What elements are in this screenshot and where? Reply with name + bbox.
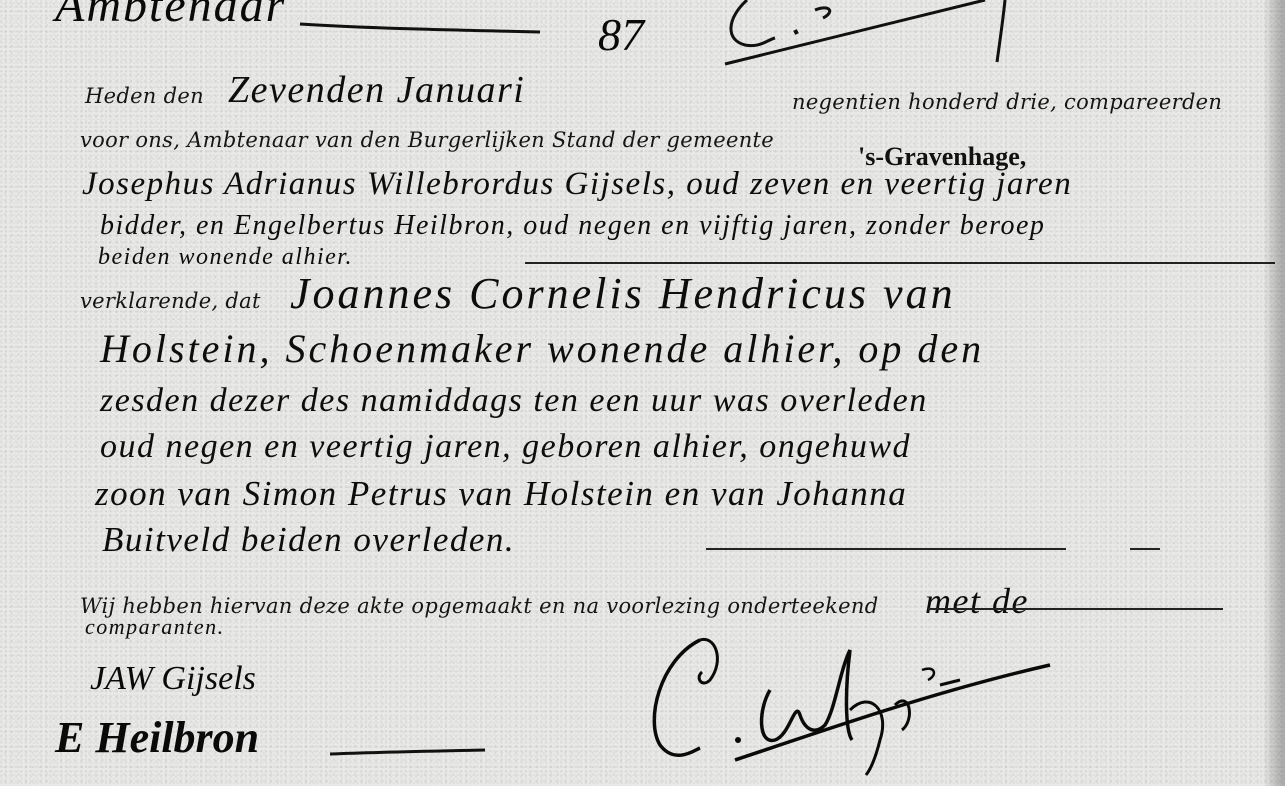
- handwritten-witness-2: bidder, en Engelbertus Heilbron, oud neg…: [100, 210, 1045, 242]
- signature-witness-2: E Heilbron: [55, 712, 259, 763]
- handwritten-death-time: zesden dezer des namiddags ten een uur w…: [100, 382, 928, 420]
- signature-official: [640, 630, 1060, 770]
- top-left-signature-fragment: Ambtenaar: [55, 0, 286, 33]
- fill-line: [706, 548, 1066, 550]
- top-left-flourish: [300, 20, 560, 40]
- witness-2-underline: [330, 748, 490, 758]
- record-number: 87: [598, 8, 644, 61]
- handwritten-met-de: met de: [925, 580, 1029, 622]
- handwritten-deceased-occupation: Holstein, Schoenmaker wonende alhier, op…: [100, 325, 984, 372]
- handwritten-deceased-name: Joannes Cornelis Hendricus van: [290, 268, 956, 319]
- printed-text-heden-den: Heden den: [85, 84, 204, 108]
- handwritten-parents-status: Buitveld beiden overleden.: [102, 520, 515, 560]
- printed-text-verklarende: verklarende, dat: [80, 289, 261, 313]
- signature-witness-1: JAW Gijsels: [90, 660, 256, 698]
- handwritten-comparanten: comparanten.: [85, 614, 225, 640]
- fill-line: [525, 262, 1275, 264]
- handwritten-parents: zoon van Simon Petrus van Holstein en va…: [95, 474, 907, 514]
- strike-line: [928, 608, 1223, 610]
- handwritten-witness-1: Josephus Adrianus Willebrordus Gijsels, …: [82, 166, 1072, 203]
- handwritten-date: Zevenden Januari: [228, 68, 525, 112]
- printed-text-ambtenaar: voor ons, Ambtenaar van den Burgerlijken…: [80, 128, 774, 152]
- scan-edge-shadow: [1263, 0, 1285, 786]
- handwritten-age-birthplace: oud negen en veertig jaren, geboren alhi…: [100, 428, 911, 466]
- printed-text-year: negentien honderd drie, compareerden: [792, 90, 1222, 114]
- certificate-page: Ambtenaar 87 Heden den Zevenden Januari …: [0, 0, 1285, 786]
- handwritten-residence: beiden wonende alhier.: [98, 244, 353, 271]
- top-right-signature-fragment: [715, 0, 1035, 70]
- fill-line: [1130, 548, 1160, 550]
